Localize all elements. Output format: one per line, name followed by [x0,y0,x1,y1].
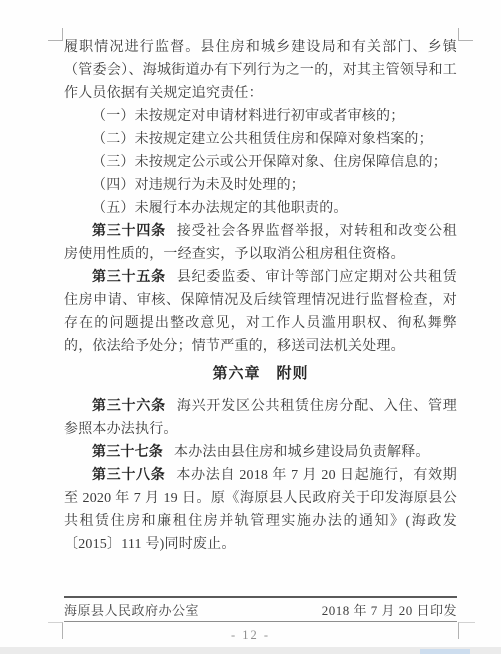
page-number: - 12 - [0,628,501,643]
article-number: 第三十四条 [92,224,166,239]
list-item-1: （一）未按规定对申请材料进行初审或者审核的； [64,105,457,128]
list-item-2: （二）未按规定建立公共租赁住房和保障对象档案的； [64,128,457,151]
footer-print-date: 2018 年 7 月 20 日印发 [322,601,457,620]
paragraph-text: （二）未按规定建立公共租赁住房和保障对象档案的； [92,132,433,147]
article-37: 第三十七条本办法由县住房和城乡建设局负责解释。 [64,441,457,464]
chapter-heading: 第六章 附则 [64,363,457,386]
paragraph-text: （四）对违规行为未及时处理的； [92,178,305,193]
article-number: 第三十六条 [92,399,166,414]
footer: 海原县人民政府办公室 2018 年 7 月 20 日印发 [64,601,457,620]
paragraph-continuation: 履职情况进行监督。县住房和城乡建设局和有关部门、乡镇（管委会）、海城街道办有下列… [64,36,457,105]
paragraph-text: （三）未按规定公示或公开保障对象、住房保障信息的； [92,155,447,170]
article-34: 第三十四条接受社会各界监督举报，对转租和改变公租房使用性质的，一经查实，予以取消… [64,220,457,266]
paragraph-text: 履职情况进行监督。县住房和城乡建设局和有关部门、乡镇（管委会）、海城街道办有下列… [64,40,457,101]
crop-mark-top-right [458,28,473,41]
article-36: 第三十六条海兴开发区公共租赁住房分配、入住、管理参照本办法执行。 [64,395,457,441]
list-item-5: （五）未履行本办法规定的其他职责的。 [64,197,457,220]
list-item-4: （四）对违规行为未及时处理的； [64,174,457,197]
paragraph-text: （一）未按规定对申请材料进行初审或者审核的； [92,109,404,124]
list-item-3: （三）未按规定公示或公开保障对象、住房保障信息的； [64,151,457,174]
article-number: 第三十五条 [92,270,166,285]
scan-artifact-blue [420,649,470,654]
article-35: 第三十五条县纪委监委、审计等部门应定期对公共租赁住房申请、审核、保障情况及后续管… [64,266,457,358]
document-page: 履职情况进行监督。县住房和城乡建设局和有关部门、乡镇（管委会）、海城街道办有下列… [0,0,501,654]
footer-issuer: 海原县人民政府办公室 [64,601,199,620]
document-body: 履职情况进行监督。县住房和城乡建设局和有关部门、乡镇（管委会）、海城街道办有下列… [64,36,457,556]
article-number: 第三十七条 [92,445,163,460]
crop-mark-top-left [48,28,63,41]
footer-divider-bottom [64,621,457,622]
paragraph-text: （五）未履行本办法规定的其他职责的。 [92,201,348,216]
paragraph-text: 本办法由县住房和城乡建设局负责解释。 [174,445,430,460]
article-38: 第三十八条本办法自 2018 年 7 月 20 日起施行，有效期至 2020 年… [64,464,457,556]
footer-divider-top [64,596,457,598]
article-number: 第三十八条 [92,468,165,483]
